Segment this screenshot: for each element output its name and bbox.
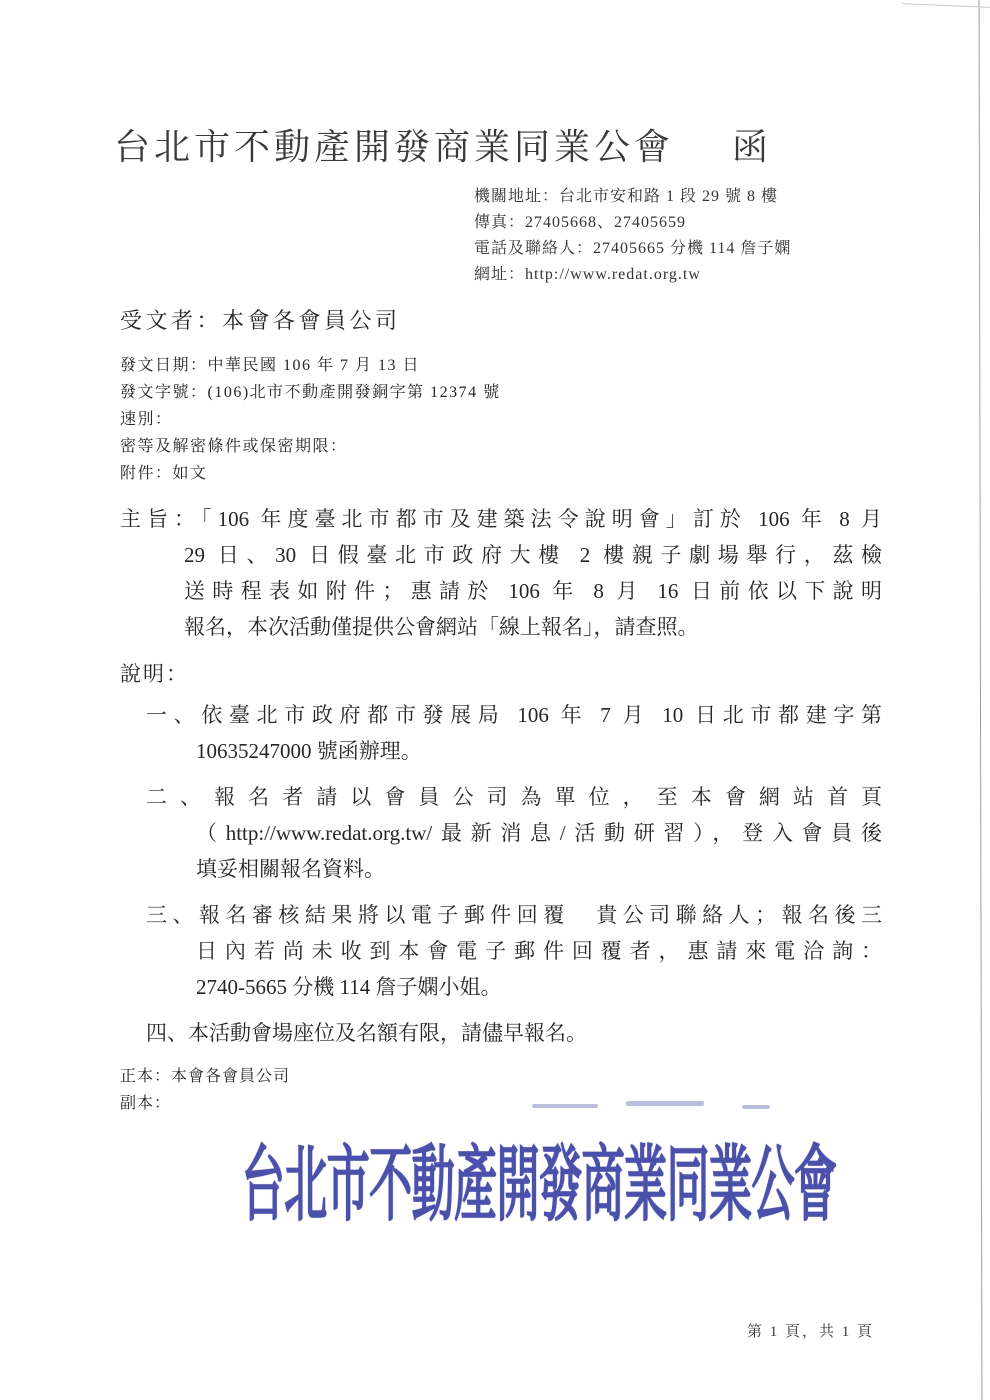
explanation-item-3: 三、報名審核結果將以電子郵件回覆 貴公司聯絡人；報名後三 日內若尚未收到本會電子… — [146, 897, 882, 1005]
page-number-footer: 第 1 頁，共 1 頁 — [747, 1320, 874, 1341]
priority-line: 速別： — [120, 406, 882, 433]
item-line: 三、報名審核結果將以電子郵件回覆 貴公司聯絡人；報名後三 — [146, 897, 882, 933]
item-line: （http://www.redat.org.tw/最新消息/活動研習），登入會員… — [196, 815, 882, 851]
explanation-items: 一、依臺北市政府都市發展局 106 年 7 月 10 日北市都建字第 10635… — [120, 697, 882, 1051]
stamp-ink-smudge — [532, 1104, 598, 1108]
org-name-title: 台北市不動產開發商業同業公會 — [114, 127, 674, 167]
letterhead-info-block: 機關地址：台北市安和路 1 段 29 號 8 樓 傳真：27405668、274… — [474, 184, 882, 288]
item-line: 二、報名者請以會員公司為單位，至本會網站首頁 — [146, 779, 882, 815]
org-fax-line: 傳真：27405668、27405659 — [474, 210, 882, 236]
item-number: 三、 — [146, 903, 199, 927]
item-number: 二、 — [146, 785, 214, 809]
subject-line: 報名，本次活動僅提供公會網站「線上報名」，請查照。 — [184, 609, 882, 645]
explanation-item-4: 四、本活動會場座位及名額有限，請儘早報名。 — [146, 1015, 882, 1051]
stamp-ink-smudge — [626, 1101, 704, 1106]
issue-date-line: 發文日期：中華民國 106 年 7 月 13 日 — [120, 352, 882, 379]
item-line: 一、依臺北市政府都市發展局 106 年 7 月 10 日北市都建字第 — [146, 697, 882, 733]
item-number: 四、 — [146, 1021, 188, 1045]
cc-copy-line: 副本： — [120, 1090, 882, 1117]
explanation-heading: 說明： — [120, 657, 882, 691]
item-line: 四、本活動會場座位及名額有限，請儘早報名。 — [146, 1015, 882, 1051]
org-stamp-text: 台北市不動產開發商業同業公會 — [242, 1119, 837, 1238]
subject-line: 送時程表如附件；惠請於 106 年 8 月 16 日前依以下說明 — [184, 573, 882, 609]
letter-content: 台北市不動產開發商業同業公會函 機關地址：台北市安和路 1 段 29 號 8 樓… — [120, 0, 882, 1237]
subject-label: 主旨： — [120, 507, 201, 531]
org-address-line: 機關地址：台北市安和路 1 段 29 號 8 樓 — [474, 184, 882, 210]
item-text: 本活動會場座位及名額有限，請儘早報名。 — [188, 1021, 587, 1045]
item-line: 2740-5665 分機 114 詹子嫻小姐。 — [196, 969, 882, 1005]
recipient-line: 受文者：本會各會員公司 — [120, 306, 882, 336]
item-text: 依臺北市政府都市發展局 106 年 7 月 10 日北市都建字第 — [201, 703, 882, 727]
org-stamp: 台北市不動產開發商業同業公會 — [120, 1119, 882, 1237]
document-number-line: 發文字號：(106)北市不動產開發銅字第 12374 號 — [120, 379, 882, 406]
item-text: 報名者請以會員公司為單位，至本會網站首頁 — [214, 785, 882, 809]
security-class-line: 密等及解密條件或保密期限： — [120, 433, 882, 460]
document-type-label: 函 — [732, 127, 772, 167]
org-phone-contact-line: 電話及聯絡人：27405665 分機 114 詹子嫻 — [474, 236, 882, 262]
item-number: 一、 — [146, 703, 201, 727]
subject-text: 「106 年度臺北市都市及建築法令說明會」訂於 106 年 8 月 — [201, 507, 882, 531]
scan-artifact-smudge — [902, 3, 990, 8]
item-line: 日內若尚未收到本會電子郵件回覆者，惠請來電洽詢： — [196, 933, 882, 969]
item-line: 填妥相關報名資料。 — [196, 851, 882, 887]
item-text: 報名審核結果將以電子郵件回覆 貴公司聯絡人；報名後三 — [199, 903, 882, 927]
page-title: 台北市不動產開發商業同業公會函 — [114, 124, 882, 170]
scan-artifact-line — [979, 0, 983, 1400]
subject-paragraph: 主旨：「106 年度臺北市都市及建築法令說明會」訂於 106 年 8 月 29 … — [120, 501, 882, 645]
subject-line: 主旨：「106 年度臺北市都市及建築法令說明會」訂於 106 年 8 月 — [120, 501, 882, 537]
explanation-item-1: 一、依臺北市政府都市發展局 106 年 7 月 10 日北市都建字第 10635… — [146, 697, 882, 769]
org-website-line: 網址：http://www.redat.org.tw — [474, 262, 882, 288]
item-line: 10635247000 號函辦理。 — [196, 733, 882, 769]
document-meta-block: 發文日期：中華民國 106 年 7 月 13 日 發文字號：(106)北市不動產… — [120, 352, 882, 487]
original-copy-line: 正本：本會各會員公司 — [120, 1063, 882, 1090]
attachment-line: 附件：如文 — [120, 460, 882, 487]
stamp-ink-smudge — [742, 1105, 770, 1109]
explanation-item-2: 二、報名者請以會員公司為單位，至本會網站首頁 （http://www.redat… — [146, 779, 882, 887]
scanned-letter-page: 台北市不動產開發商業同業公會函 機關地址：台北市安和路 1 段 29 號 8 樓… — [0, 0, 990, 1400]
subject-line: 29 日、30 日假臺北市政府大樓 2 樓親子劇場舉行，茲檢 — [184, 537, 882, 573]
